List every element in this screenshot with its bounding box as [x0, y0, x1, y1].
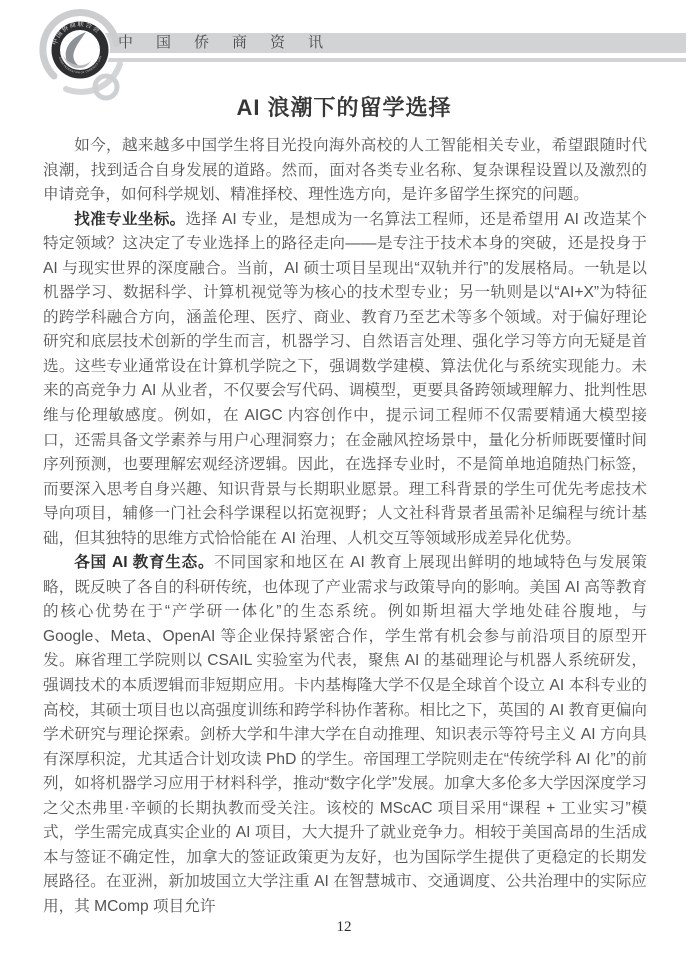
paragraph-text: 选择 AI 专业，是想成为一名算法工程师，还是希望用 AI 改造某个特定领域？这…: [43, 211, 647, 547]
paragraph-text: 如今，越来越多中国学生将目光投向海外高校的人工智能相关专业，希望跟随时代浪潮，找…: [43, 137, 647, 203]
paragraph-text: 不同国家和地区在 AI 教育上展现出鲜明的地域特色与发展策略，既反映了各自的科研…: [43, 554, 647, 915]
header-banner-underline: [92, 58, 686, 62]
article-body: 如今，越来越多中国学生将目光投向海外高校的人工智能相关专业，希望跟随时代浪潮，找…: [43, 134, 647, 920]
document-page: 中国侨商资讯 中国侨商联合会 CHINA FEDERATION OF OVERS…: [0, 0, 688, 971]
paragraph-country-ecosystems: 各国 AI 教育生态。不同国家和地区在 AI 教育上展现出鲜明的地域特色与发展策…: [43, 551, 647, 919]
paragraph-lead: 各国 AI 教育生态。: [74, 554, 214, 571]
paragraph-major-choice: 找准专业坐标。选择 AI 专业，是想成为一名算法工程师，还是希望用 AI 改造某…: [43, 208, 647, 552]
paragraph-intro: 如今，越来越多中国学生将目光投向海外高校的人工智能相关专业，希望跟随时代浪潮，找…: [43, 134, 647, 208]
paragraph-lead: 找准专业坐标。: [74, 211, 185, 228]
masthead-label: 中国侨商资讯: [118, 33, 346, 53]
page-number: 12: [0, 919, 688, 936]
article-title: AI 浪潮下的留学选择: [0, 91, 688, 122]
